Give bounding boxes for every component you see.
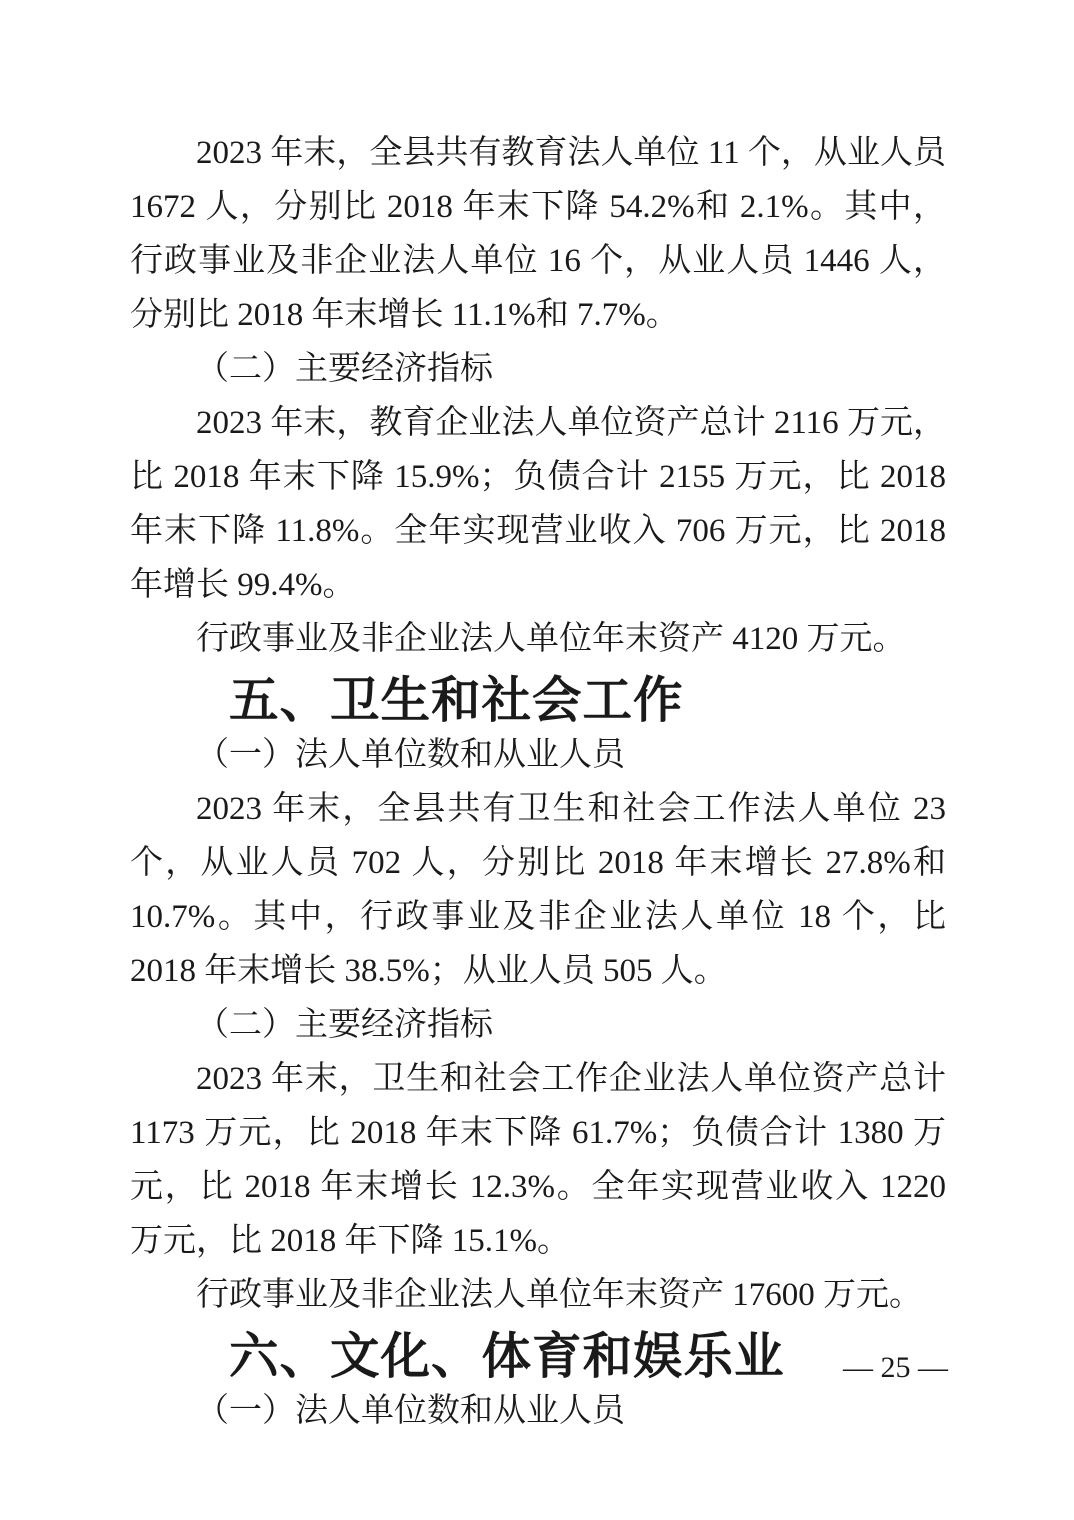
subsection-title-education-economic-indicators: （二）主要经济指标	[130, 342, 946, 396]
subsection-title-health-units-employees: （一）法人单位数和从业人员	[130, 728, 946, 782]
paragraph-education-admin-assets: 行政事业及非企业法人单位年末资产 4120 万元。	[130, 612, 946, 666]
paragraph-health-units-employees: 2023 年末，全县共有卫生和社会工作法人单位 23 个，从业人员 702 人，…	[130, 782, 946, 998]
paragraph-education-economic-data: 2023 年末，教育企业法人单位资产总计 2116 万元，比 2018 年末下降…	[130, 396, 946, 612]
document-page: 2023 年末，全县共有教育法人单位 11 个，从业人员 1672 人，分别比 …	[0, 0, 1074, 1520]
subsection-title-culture-units-employees: （一）法人单位数和从业人员	[130, 1384, 946, 1438]
paragraph-health-admin-assets: 行政事业及非企业法人单位年末资产 17600 万元。	[130, 1268, 946, 1322]
section-title-health-social-work: 五、卫生和社会工作	[130, 674, 946, 728]
page-number: — 25 —	[843, 1348, 948, 1388]
document-body: 2023 年末，全县共有教育法人单位 11 个，从业人员 1672 人，分别比 …	[130, 126, 946, 1438]
paragraph-health-economic-data: 2023 年末，卫生和社会工作企业法人单位资产总计 1173 万元，比 2018…	[130, 1052, 946, 1268]
paragraph-education-units-employees: 2023 年末，全县共有教育法人单位 11 个，从业人员 1672 人，分别比 …	[130, 126, 946, 342]
section-title-culture-sports-entertainment: 六、文化、体育和娱乐业	[130, 1330, 946, 1384]
subsection-title-health-economic-indicators: （二）主要经济指标	[130, 998, 946, 1052]
